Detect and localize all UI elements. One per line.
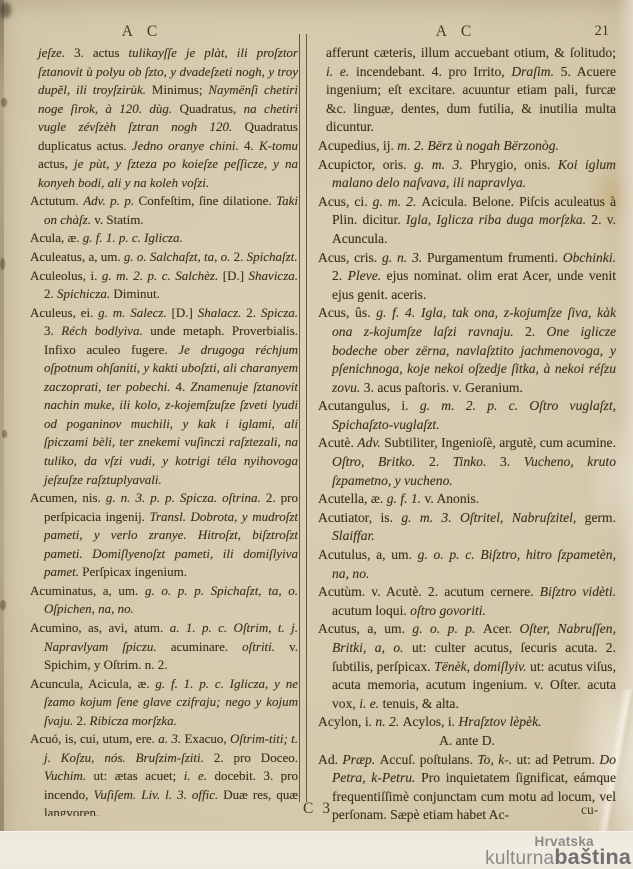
dictionary-entry: Acus, ci. g. m. 2. Acicula. Belone. Piſc… — [318, 193, 616, 249]
page-number: 21 — [595, 23, 610, 40]
gloss-text: Draſim. — [511, 64, 560, 79]
gloss-text: g. o. p. p. — [412, 621, 483, 636]
latin-text: Acutella, æ. — [318, 491, 387, 506]
gloss-text: Hraſztov lèpèk. — [458, 714, 541, 729]
gloss-text: Ribicza morſzka. — [90, 713, 177, 728]
latin-text: 2. — [234, 249, 247, 264]
latin-text: ut: ætas acuet; — [93, 768, 183, 783]
catchword: cu- — [581, 802, 598, 818]
latin-text: Actutum. — [30, 193, 83, 208]
gloss-text: m. 2. Bërz ù nogah Bërzonòg. — [397, 138, 559, 153]
latin-text: Acupedius, ij. — [318, 138, 397, 153]
book-page-scan: A C A C 21 jeſze. 3. actus tulikayſſe je… — [0, 0, 633, 869]
dictionary-entry: Acumen, nis. g. n. 3. p. p. Spicza. oſtr… — [30, 489, 298, 582]
latin-text: [D.] — [223, 268, 249, 283]
latin-text: Acylos, i. — [403, 714, 459, 729]
scan-artifact — [2, 430, 7, 438]
latin-text: [D.] — [172, 305, 198, 320]
latin-text: Confeſtim, ſine dilatione. — [139, 193, 277, 208]
latin-text: Diminut. — [113, 286, 160, 301]
latin-text: afferunt cæteris, illum accuebant otium,… — [326, 45, 616, 60]
latin-text: Exacuo, — [184, 731, 230, 746]
latin-text: Quadratus, — [180, 101, 244, 116]
gloss-text: g. o. Salchaſzt, ta, o. — [124, 249, 234, 264]
gloss-text: Spichaſzt. — [247, 249, 298, 264]
running-title-right: A C — [318, 23, 590, 41]
gloss-text: Adv. p. p. — [83, 193, 138, 208]
gloss-text: Spichicza. — [57, 286, 113, 301]
gloss-text: g. m. 3. Oſtritel, Nabruſzitel, — [401, 510, 584, 525]
latin-text: v. Statim. — [94, 212, 143, 227]
gloss-text: oſtriti. — [242, 639, 289, 654]
latin-text: acutum loqui. — [332, 603, 410, 618]
gloss-text: Réch bodlyiva. — [61, 323, 150, 338]
gloss-text: Igla, Iglicza riba duga morſzka. — [406, 212, 591, 227]
dictionary-entry: Acylon, i. n. 2. Acylos, i. Hraſztov lèp… — [318, 713, 616, 732]
gloss-text: Jedno oranye chini. — [132, 138, 244, 153]
latin-text: Acula, æ. — [30, 230, 83, 245]
dictionary-entry: Acutangulus, i. g. m. 2. p. c. Oſtro vug… — [318, 397, 616, 434]
latin-text: germ. — [585, 510, 616, 525]
dictionary-entry: Acutulus, a, um. g. o. p. c. Biſztro, hi… — [318, 546, 616, 583]
latin-text: 4. — [244, 138, 259, 153]
dictionary-entry: Acutiator, is. g. m. 3. Oſtritel, Nabruſ… — [318, 509, 616, 546]
latin-text: Aculeolus, i. — [30, 268, 102, 283]
latin-text: actus, — [38, 156, 74, 171]
latin-text: Minimus; — [152, 82, 208, 97]
gloss-text: Shalacz. — [198, 305, 247, 320]
latin-text: Acer. — [483, 621, 520, 636]
latin-text: Acutiator, is. — [318, 510, 401, 525]
gloss-text: Obchinki. — [563, 250, 616, 265]
latin-text: Acupictor, oris. — [318, 157, 414, 172]
gloss-text: Biſztro vidèti. — [540, 584, 616, 599]
dictionary-entry: Ad. Præp. Accuſ. poſtulans. To, k-. ut: … — [318, 751, 616, 825]
scan-artifact — [0, 2, 11, 18]
watermark-kulturna: kulturna — [485, 848, 554, 869]
latin-text: 2. — [332, 268, 348, 283]
latin-text: Accuſ. poſtulans. — [380, 752, 478, 767]
gloss-text: je pùt, y ſzteza po koieſze peſſicze, y … — [38, 156, 298, 190]
gloss-text: To, k-. — [477, 752, 516, 767]
scan-artifact — [0, 600, 6, 610]
scan-artifact — [1, 98, 7, 107]
gloss-text: n. 2. — [375, 714, 402, 729]
gloss-text: g. f. 1. — [387, 491, 425, 506]
gloss-text: Znamenuje ſztanovit nachin muke, ili kol… — [44, 379, 298, 487]
latin-text: Acutùm. v. Acutè. 2. acutum cernere. — [318, 584, 540, 599]
right-column: afferunt cæteris, illum accuebant otium,… — [318, 44, 616, 830]
gloss-text: g. n. 3. p. p. Spicza. oſtrina. — [106, 490, 266, 505]
latin-text: ut: ad Petrum. — [517, 752, 600, 767]
latin-text: A. ante D. — [439, 733, 495, 748]
latin-text: Aculeus, ei. — [30, 305, 98, 320]
dictionary-entry: Acumino, as, avi, atum. a. 1. p. c. Oſtr… — [30, 619, 298, 675]
dictionary-entry: Acutùm. v. Acutè. 2. acutum cernere. Biſ… — [318, 583, 616, 620]
latin-text: Acuó, is, cui, utum, ere. — [30, 731, 158, 746]
latin-text: Acutè. — [318, 435, 357, 450]
gloss-text: Tinko. — [453, 454, 500, 469]
watermark: Hrvatska kulturnabaština — [485, 835, 631, 868]
latin-text: 2. — [246, 305, 261, 320]
gloss-text: i. e. — [359, 696, 382, 711]
gloss-text: g. m. 2. — [373, 194, 422, 209]
dictionary-entry: Acula, æ. g. f. 1. p. c. Iglicza. — [30, 229, 298, 248]
dictionary-entry: afferunt cæteris, illum accuebant otium,… — [318, 44, 616, 137]
latin-text: 4. — [176, 379, 191, 394]
latin-text: 3. actus — [74, 45, 128, 60]
latin-text: Acumen, nis. — [30, 490, 106, 505]
latin-text: 2. — [44, 286, 57, 301]
latin-text: Acus, ci. — [318, 194, 373, 209]
gloss-text: a. 3. — [158, 731, 184, 746]
latin-text: Perſpicax ingenium. — [82, 564, 187, 579]
dictionary-entry: Aculeolus, i. g. m. 2. p. c. Salchèz. [D… — [30, 267, 298, 304]
dictionary-entry: Acus, ûs. g. f. 4. Igla, tak ona, z-koju… — [318, 304, 616, 397]
latin-text: Aculeatus, a, um. — [30, 249, 124, 264]
latin-text: Ad. — [318, 752, 342, 767]
latin-text: Acuminatus, a, um. — [30, 583, 145, 598]
latin-text: Phrygio, onis. — [470, 157, 558, 172]
dictionary-entry: Acutè. Adv. Subtiliter, Ingenioſè, argut… — [318, 434, 616, 490]
gloss-text: Adv. — [357, 435, 384, 450]
latin-text: 3. acus paſtoris. v. Geranium. — [364, 380, 523, 395]
latin-text: Acumino, as, avi, atum. — [30, 620, 170, 635]
latin-text: Acutus, a, um. — [318, 621, 412, 636]
gloss-text: g. m. Salecz. — [98, 305, 171, 320]
gloss-text: Vuchim. — [44, 768, 93, 783]
gloss-text: Vuſiſem. Liv. l. 3. offic. — [93, 787, 223, 802]
gloss-text: g. m. 3. — [414, 157, 470, 172]
running-title-left: A C — [0, 23, 280, 41]
gloss-text: Oſtro, Britko. — [332, 454, 429, 469]
gloss-text: Shavicza. — [249, 268, 298, 283]
latin-text: Acuncula, Acicula, æ. — [30, 676, 155, 691]
dictionary-entry: Acupedius, ij. m. 2. Bërz ù nogah Bërzon… — [318, 137, 616, 156]
latin-text: Acutulus, a, um. — [318, 547, 418, 562]
scan-artifact — [0, 258, 5, 270]
latin-text: 2. pro Doceo. — [214, 750, 298, 765]
gloss-text: Slaiffar. — [332, 528, 375, 543]
gloss-text: Tënèk, domiſlyiv. — [434, 659, 530, 674]
latin-text: 3. — [500, 454, 524, 469]
dictionary-entry: Acus, cris. g. n. 3. Purgamentum frument… — [318, 249, 616, 305]
latin-text: v. Anonis. — [424, 491, 479, 506]
latin-text: acuminare. — [171, 639, 242, 654]
dictionary-entry: Acupictor, oris. g. m. 3. Phrygio, onis.… — [318, 156, 616, 193]
dictionary-entry: Acuminatus, a, um. g. o. p. p. Spichaſzt… — [30, 582, 298, 619]
dictionary-entry: jeſze. 3. actus tulikayſſe je plàt, ili … — [30, 44, 298, 192]
latin-text: Acus, ûs. — [318, 305, 376, 320]
latin-text: Purgamentum frumenti. — [427, 250, 563, 265]
gloss-text: i. e. — [184, 768, 215, 783]
gloss-text: g. n. 3. — [382, 250, 427, 265]
dictionary-entry: Aculeatus, a, um. g. o. Salchaſzt, ta, o… — [30, 248, 298, 267]
latin-text: 2. — [525, 324, 547, 339]
dictionary-entry: Aculeus, ei. g. m. Salecz. [D.] Shalacz.… — [30, 304, 298, 489]
left-column: jeſze. 3. actus tulikayſſe je plàt, ili … — [30, 44, 298, 816]
dictionary-entry: Acuncula, Acicula, æ. g. f. 1. p. c. Igl… — [30, 675, 298, 731]
latin-text: incendebant. 4. pro Irrito, — [356, 64, 511, 79]
column-divider — [299, 34, 307, 802]
watermark-bastina: baština — [554, 845, 631, 869]
latin-text: Acus, cris. — [318, 250, 382, 265]
gloss-text: g. f. 1. p. c. Iglicza. — [83, 230, 183, 245]
gloss-text: K-tomu — [259, 138, 298, 153]
gloss-text: Pleve. — [348, 268, 387, 283]
latin-text: Acutangulus, i. — [318, 398, 420, 413]
dictionary-entry: Acuó, is, cui, utum, ere. a. 3. Exacuo, … — [30, 730, 298, 816]
gloss-text: jeſze. — [38, 45, 74, 60]
gloss-text: g. m. 2. p. c. Salchèz. — [102, 268, 223, 283]
gloss-text: i. e. — [326, 64, 356, 79]
gloss-text: oſtro govoriti. — [410, 603, 486, 618]
latin-text: tenuis, & alta. — [383, 696, 459, 711]
signature-mark: C 3 — [303, 800, 330, 818]
latin-text: 2. — [429, 454, 453, 469]
dictionary-entry: Acutella, æ. g. f. 1. v. Anonis. — [318, 490, 616, 509]
latin-text: 3. — [44, 323, 61, 338]
section-heading: A. ante D. — [318, 732, 616, 751]
latin-text: Subtiliter, Ingenioſè, argutè, cum acumi… — [384, 435, 616, 450]
gloss-text: Præp. — [342, 752, 379, 767]
gloss-text: Spicza. — [261, 305, 298, 320]
dictionary-entry: Acutus, a, um. g. o. p. p. Acer. Oſter, … — [318, 620, 616, 713]
dictionary-entry: Actutum. Adv. p. p. Confeſtim, ſine dila… — [30, 192, 298, 229]
watermark-line2: kulturnabaština — [485, 847, 631, 869]
latin-text: Acylon, i. — [318, 714, 375, 729]
scan-bottom-strip: Hrvatska kulturnabaština — [0, 831, 633, 869]
latin-text: 2. — [77, 713, 90, 728]
